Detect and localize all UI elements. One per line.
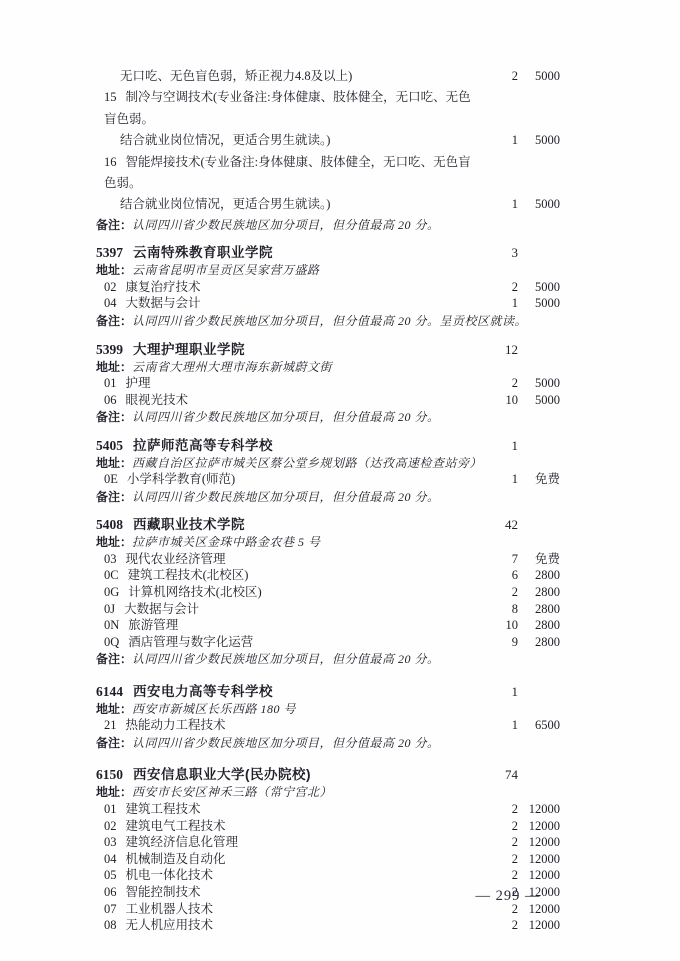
major-row: 06眼视光技术105000: [96, 392, 560, 409]
address-text: 拉萨市城关区金珠中路金农巷 5 号: [132, 535, 321, 549]
address-row: 地址：云南省昆明市呈贡区吴家营万盛路: [96, 262, 560, 279]
major-code: 01: [104, 802, 117, 816]
major-fee: 12000: [518, 801, 560, 818]
major-fee: 5000: [518, 194, 560, 215]
school-header-row: 5399大理护理职业学院12: [96, 340, 560, 359]
major-count: 9: [480, 634, 518, 651]
major-name: 智能焊接技术(专业备注:身体健康、肢体健全，无口吃、无色盲色弱。: [104, 155, 471, 190]
continuation-section: 无口吃、无色盲色弱，矫正视力4.8及以上)2500015制冷与空调技术(专业备注…: [96, 66, 560, 233]
major-count: 7: [480, 551, 518, 568]
address-cell: 地址：西藏自治区拉萨市城关区蔡公堂乡规划路（达孜高速检查站旁）: [96, 455, 560, 472]
major-fee: 5000: [518, 130, 560, 151]
major-text-cell: 02建筑电气工程技术: [96, 818, 480, 835]
school-code: 6150: [96, 767, 123, 782]
major-text-cell: 结合就业岗位情况，更适合男生就读。): [96, 194, 480, 215]
address-text: 云南省大理州大理市海东新城蔚文街: [132, 360, 332, 374]
school-code: 5399: [96, 342, 123, 357]
major-text-cell: 0G计算机网络技术(北校区): [96, 584, 480, 601]
major-text-cell: 结合就业岗位情况，更适合男生就读。): [96, 130, 480, 151]
major-text-cell: 03现代农业经济管理: [96, 551, 480, 568]
note-text: 认同四川省少数民族地区加分项目，但分值最高 20 分。呈贡校区就读。: [132, 314, 527, 328]
school-code: 5397: [96, 245, 123, 260]
note-row: 备注：认同四川省少数民族地区加分项目，但分值最高 20 分。: [96, 489, 560, 506]
note-label: 备注：: [96, 736, 132, 750]
school-code: 5408: [96, 517, 123, 532]
major-name: 现代农业经济管理: [126, 552, 226, 566]
major-row: 16智能焊接技术(专业备注:身体健康、肢体健全，无口吃、无色盲色弱。: [96, 152, 560, 195]
major-code: 15: [104, 90, 117, 104]
major-row: 结合就业岗位情况，更适合男生就读。)15000: [96, 194, 560, 215]
major-row: 0Q酒店管理与数字化运营92800: [96, 634, 560, 651]
major-count: 10: [480, 392, 518, 409]
major-text-cell: 08无人机应用技术: [96, 917, 480, 934]
note-text: 认同四川省少数民族地区加分项目，但分值最高 20 分。: [132, 490, 440, 504]
major-text-cell: 03建筑经济信息化管理: [96, 834, 480, 851]
school-name: 西安信息职业大学(民办院校): [133, 767, 311, 782]
major-name: 工业机器人技术: [126, 902, 214, 916]
major-fee: 2800: [518, 567, 560, 584]
address-label: 地址：: [96, 360, 132, 374]
major-row: 04机械制造及自动化212000: [96, 851, 560, 868]
school-title-cell: 5405拉萨师范高等专科学校: [96, 436, 480, 455]
major-count: 2: [480, 917, 518, 934]
major-row: 15制冷与空调技术(专业备注:身体健康、肢体健全，无口吃、无色盲色弱。: [96, 87, 560, 130]
major-code: 0G: [104, 585, 119, 599]
major-fee: 5000: [518, 279, 560, 296]
major-count: 1: [480, 295, 518, 312]
major-name: 计算机网络技术(北校区): [128, 585, 261, 599]
major-name: 护理: [126, 376, 151, 390]
address-cell: 地址：西安市新城区长乐西路 180 号: [96, 701, 560, 718]
major-code: 03: [104, 835, 117, 849]
major-fee: 6500: [518, 717, 560, 734]
major-name: 机械制造及自动化: [126, 852, 226, 866]
major-code: 02: [104, 819, 117, 833]
note-cell: 备注：认同四川省少数民族地区加分项目，但分值最高 20 分。呈贡校区就读。: [96, 313, 560, 330]
major-text-cell: 16智能焊接技术(专业备注:身体健康、肢体健全，无口吃、无色盲色弱。: [96, 152, 480, 195]
major-row: 08无人机应用技术212000: [96, 917, 560, 934]
school-header-row: 6144西安电力高等专科学校1: [96, 682, 560, 701]
address-label: 地址：: [96, 535, 132, 549]
major-text-cell: 04大数据与会计: [96, 295, 480, 312]
major-name: 建筑电气工程技术: [126, 819, 226, 833]
major-count: 2: [480, 66, 518, 87]
major-code: 0Q: [104, 635, 119, 649]
note-text: 认同四川省少数民族地区加分项目，但分值最高 20 分。: [132, 218, 440, 232]
major-code: 21: [104, 718, 117, 732]
school-title-cell: 6150西安信息职业大学(民办院校): [96, 765, 480, 784]
school-name: 西藏职业技术学院: [133, 517, 245, 532]
major-code: 0C: [104, 568, 119, 582]
address-text: 西藏自治区拉萨市城关区蔡公堂乡规划路（达孜高速检查站旁）: [132, 456, 482, 470]
school-code: 5405: [96, 438, 123, 453]
school-title-cell: 6144西安电力高等专科学校: [96, 682, 480, 701]
major-code: 04: [104, 852, 117, 866]
major-count: 8: [480, 601, 518, 618]
major-count: 2: [480, 851, 518, 868]
school-total: 74: [480, 765, 518, 784]
major-name: 康复治疗技术: [126, 280, 201, 294]
major-count: 2: [480, 375, 518, 392]
school-total: 12: [480, 340, 518, 359]
school-total: 3: [480, 243, 518, 262]
major-row: 03建筑经济信息化管理212000: [96, 834, 560, 851]
major-name: 无人机应用技术: [126, 918, 214, 932]
major-fee: 5000: [518, 295, 560, 312]
major-code: 06: [104, 393, 117, 407]
major-fee: 2800: [518, 584, 560, 601]
major-text-cell: 02康复治疗技术: [96, 279, 480, 296]
school-title-cell: 5397云南特殊教育职业学院: [96, 243, 480, 262]
school-name: 西安电力高等专科学校: [133, 684, 273, 699]
major-code: 06: [104, 885, 117, 899]
major-count: 6: [480, 567, 518, 584]
address-label: 地址：: [96, 263, 132, 277]
major-name: 旅游管理: [128, 618, 178, 632]
note-row: 备注：认同四川省少数民族地区加分项目，但分值最高 20 分。呈贡校区就读。: [96, 313, 560, 330]
school-section: 6144西安电力高等专科学校1地址：西安市新城区长乐西路 180 号21热能动力…: [96, 682, 560, 752]
address-cell: 地址：云南省大理州大理市海东新城蔚文街: [96, 359, 560, 376]
note-row: 备注：认同四川省少数民族地区加分项目，但分值最高 20 分。: [96, 735, 560, 752]
note-cell: 备注：认同四川省少数民族地区加分项目，但分值最高 20 分。: [96, 217, 560, 234]
major-name: 机电一体化技术: [126, 868, 214, 882]
address-text: 西安市新城区长乐西路 180 号: [132, 702, 296, 716]
major-fee: 12000: [518, 851, 560, 868]
major-text-cell: 07工业机器人技术: [96, 901, 480, 918]
major-row: 01护理25000: [96, 375, 560, 392]
major-count: 2: [480, 834, 518, 851]
major-text-cell: 0C建筑工程技术(北校区): [96, 567, 480, 584]
major-count: 10: [480, 617, 518, 634]
note-text: 认同四川省少数民族地区加分项目，但分值最高 20 分。: [132, 736, 440, 750]
major-fee: 12000: [518, 867, 560, 884]
major-text-cell: 01建筑工程技术: [96, 801, 480, 818]
school-section: 5399大理护理职业学院12地址：云南省大理州大理市海东新城蔚文街01护理250…: [96, 340, 560, 426]
major-text-cell: 01护理: [96, 375, 480, 392]
major-row: 0E小学科学教育(师范)1免费: [96, 471, 560, 488]
major-fee: 免费: [518, 471, 560, 488]
major-fee: 5000: [518, 66, 560, 87]
school-total: 42: [480, 515, 518, 534]
major-row: 03现代农业经济管理7免费: [96, 551, 560, 568]
note-label: 备注：: [96, 410, 132, 424]
major-code: 02: [104, 280, 117, 294]
note-label: 备注：: [96, 218, 132, 232]
major-code: 16: [104, 155, 117, 169]
major-row: 0G计算机网络技术(北校区)22800: [96, 584, 560, 601]
address-text: 云南省昆明市呈贡区吴家营万盛路: [132, 263, 320, 277]
major-row: 04大数据与会计15000: [96, 295, 560, 312]
major-row: 02建筑电气工程技术212000: [96, 818, 560, 835]
school-name: 云南特殊教育职业学院: [133, 245, 273, 260]
major-text-cell: 04机械制造及自动化: [96, 851, 480, 868]
major-name: 大数据与会计: [124, 602, 199, 616]
major-code: 03: [104, 552, 117, 566]
major-row: 0N旅游管理102800: [96, 617, 560, 634]
major-count: 2: [480, 867, 518, 884]
major-row: 无口吃、无色盲色弱，矫正视力4.8及以上)25000: [96, 66, 560, 87]
major-text-cell: 0N旅游管理: [96, 617, 480, 634]
note-label: 备注：: [96, 314, 132, 328]
address-label: 地址：: [96, 456, 132, 470]
major-row: 结合就业岗位情况，更适合男生就读。)15000: [96, 130, 560, 151]
major-fee: 2800: [518, 601, 560, 618]
major-name: 热能动力工程技术: [126, 718, 226, 732]
major-count: 2: [480, 584, 518, 601]
address-row: 地址：云南省大理州大理市海东新城蔚文街: [96, 359, 560, 376]
note-label: 备注：: [96, 652, 132, 666]
major-name: 结合就业岗位情况，更适合男生就读。): [120, 197, 330, 211]
major-row: 02康复治疗技术25000: [96, 279, 560, 296]
major-name: 无口吃、无色盲色弱，矫正视力4.8及以上): [120, 69, 352, 83]
major-count: 1: [480, 130, 518, 151]
note-cell: 备注：认同四川省少数民族地区加分项目，但分值最高 20 分。: [96, 409, 560, 426]
major-row: 01建筑工程技术212000: [96, 801, 560, 818]
major-name: 建筑工程技术: [126, 802, 201, 816]
address-cell: 地址：云南省昆明市呈贡区吴家营万盛路: [96, 262, 560, 279]
major-fee: 12000: [518, 834, 560, 851]
major-text-cell: 06眼视光技术: [96, 392, 480, 409]
major-name: 眼视光技术: [126, 393, 189, 407]
major-text-cell: 15制冷与空调技术(专业备注:身体健康、肢体健全，无口吃、无色盲色弱。: [96, 87, 480, 130]
major-name: 制冷与空调技术(专业备注:身体健康、肢体健全，无口吃、无色盲色弱。: [104, 90, 471, 125]
note-cell: 备注：认同四川省少数民族地区加分项目，但分值最高 20 分。: [96, 489, 560, 506]
school-code: 6144: [96, 684, 123, 699]
address-row: 地址：西安市新城区长乐西路 180 号: [96, 701, 560, 718]
address-label: 地址：: [96, 785, 132, 799]
major-name: 大数据与会计: [126, 296, 201, 310]
major-row: 21热能动力工程技术16500: [96, 717, 560, 734]
school-header-row: 5405拉萨师范高等专科学校1: [96, 436, 560, 455]
note-cell: 备注：认同四川省少数民族地区加分项目，但分值最高 20 分。: [96, 735, 560, 752]
address-label: 地址：: [96, 702, 132, 716]
school-total: 1: [480, 436, 518, 455]
major-code: 0N: [104, 618, 119, 632]
major-count: 2: [480, 279, 518, 296]
major-name: 酒店管理与数字化运营: [128, 635, 253, 649]
major-code: 0J: [104, 602, 115, 616]
major-count: 1: [480, 471, 518, 488]
major-fee: 12000: [518, 917, 560, 934]
major-name: 建筑工程技术(北校区): [128, 568, 249, 582]
major-row: 0C建筑工程技术(北校区)62800: [96, 567, 560, 584]
note-row: 备注：认同四川省少数民族地区加分项目，但分值最高 20 分。: [96, 651, 560, 668]
major-text-cell: 21热能动力工程技术: [96, 717, 480, 734]
major-code: 07: [104, 902, 117, 916]
note-row: 备注：认同四川省少数民族地区加分项目，但分值最高 20 分。: [96, 409, 560, 426]
content: 无口吃、无色盲色弱，矫正视力4.8及以上)2500015制冷与空调技术(专业备注…: [96, 66, 560, 934]
note-row: 备注：认同四川省少数民族地区加分项目，但分值最高 20 分。: [96, 217, 560, 234]
note-text: 认同四川省少数民族地区加分项目，但分值最高 20 分。: [132, 410, 440, 424]
address-row: 地址：拉萨市城关区金珠中路金农巷 5 号: [96, 534, 560, 551]
school-total: 1: [480, 682, 518, 701]
school-section: 5405拉萨师范高等专科学校1地址：西藏自治区拉萨市城关区蔡公堂乡规划路（达孜高…: [96, 436, 560, 506]
school-title-cell: 5399大理护理职业学院: [96, 340, 480, 359]
note-cell: 备注：认同四川省少数民族地区加分项目，但分值最高 20 分。: [96, 651, 560, 668]
major-count: 1: [480, 717, 518, 734]
major-code: 04: [104, 296, 117, 310]
major-code: 0E: [104, 472, 118, 486]
major-text-cell: 05机电一体化技术: [96, 867, 480, 884]
school-header-row: 6150西安信息职业大学(民办院校)74: [96, 765, 560, 784]
major-fee: 2800: [518, 617, 560, 634]
school-header-row: 5408西藏职业技术学院42: [96, 515, 560, 534]
major-code: 01: [104, 376, 117, 390]
major-text-cell: 0Q酒店管理与数字化运营: [96, 634, 480, 651]
major-fee: 12000: [518, 818, 560, 835]
major-count: 2: [480, 818, 518, 835]
major-text-cell: 0E小学科学教育(师范): [96, 471, 480, 488]
major-row: 05机电一体化技术212000: [96, 867, 560, 884]
address-row: 地址：西藏自治区拉萨市城关区蔡公堂乡规划路（达孜高速检查站旁）: [96, 455, 560, 472]
major-text-cell: 06智能控制技术: [96, 884, 480, 901]
major-row: 0J大数据与会计82800: [96, 601, 560, 618]
note-text: 认同四川省少数民族地区加分项目，但分值最高 20 分。: [132, 652, 440, 666]
note-label: 备注：: [96, 490, 132, 504]
school-title-cell: 5408西藏职业技术学院: [96, 515, 480, 534]
major-text-cell: 无口吃、无色盲色弱，矫正视力4.8及以上): [96, 66, 480, 87]
major-count: 2: [480, 801, 518, 818]
major-name: 结合就业岗位情况，更适合男生就读。): [120, 133, 330, 147]
major-count: 1: [480, 194, 518, 215]
address-text: 西安市长安区神禾三路（常宁宫北）: [132, 785, 332, 799]
major-fee: 5000: [518, 392, 560, 409]
major-name: 建筑经济信息化管理: [126, 835, 239, 849]
address-row: 地址：西安市长安区神禾三路（常宁宫北）: [96, 784, 560, 801]
major-name: 小学科学教育(师范): [127, 472, 235, 486]
page-number: — 299 —: [476, 888, 541, 904]
major-name: 智能控制技术: [126, 885, 201, 899]
major-fee: 免费: [518, 551, 560, 568]
school-section: 6150西安信息职业大学(民办院校)74地址：西安市长安区神禾三路（常宁宫北）0…: [96, 765, 560, 933]
address-cell: 地址：西安市长安区神禾三路（常宁宫北）: [96, 784, 560, 801]
school-header-row: 5397云南特殊教育职业学院3: [96, 243, 560, 262]
major-fee: 2800: [518, 634, 560, 651]
document-page: 无口吃、无色盲色弱，矫正视力4.8及以上)2500015制冷与空调技术(专业备注…: [0, 0, 680, 961]
major-code: 05: [104, 868, 117, 882]
major-fee: 5000: [518, 375, 560, 392]
school-section: 5397云南特殊教育职业学院3地址：云南省昆明市呈贡区吴家营万盛路02康复治疗技…: [96, 243, 560, 329]
school-name: 拉萨师范高等专科学校: [133, 438, 273, 453]
major-text-cell: 0J大数据与会计: [96, 601, 480, 618]
school-section: 5408西藏职业技术学院42地址：拉萨市城关区金珠中路金农巷 5 号03现代农业…: [96, 515, 560, 668]
address-cell: 地址：拉萨市城关区金珠中路金农巷 5 号: [96, 534, 560, 551]
page-footer: — 299 —: [448, 888, 568, 905]
major-code: 08: [104, 918, 117, 932]
school-name: 大理护理职业学院: [133, 342, 245, 357]
